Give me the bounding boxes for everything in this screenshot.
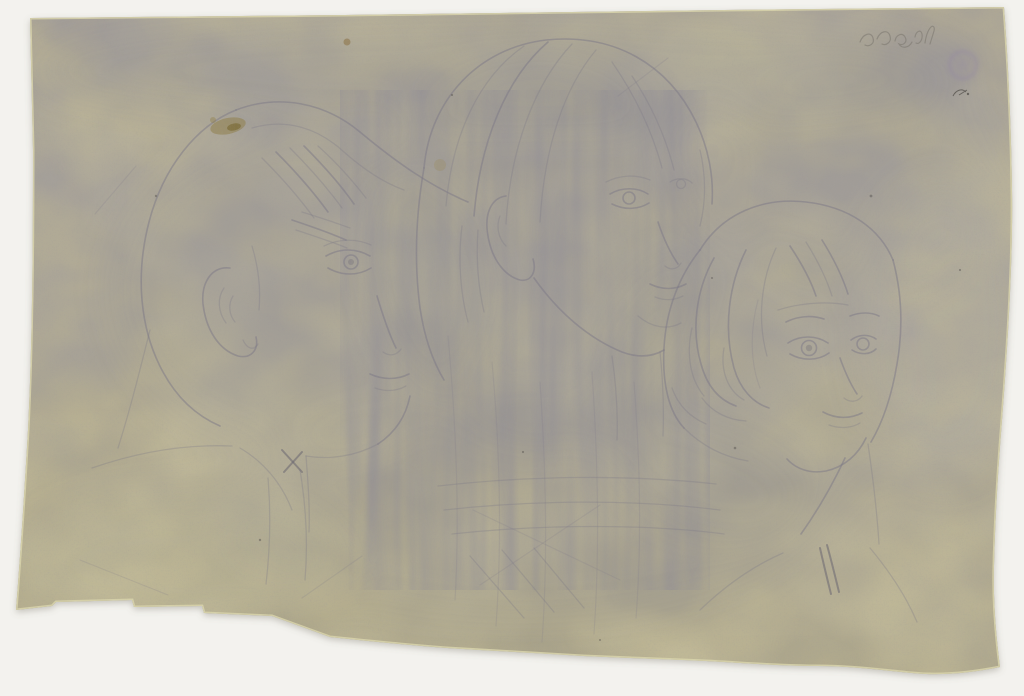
artwork-canvas (0, 0, 1024, 696)
paper-grain (0, 0, 1024, 696)
photographed-artwork: Very faint graphite drawing of three chi… (0, 0, 1024, 696)
